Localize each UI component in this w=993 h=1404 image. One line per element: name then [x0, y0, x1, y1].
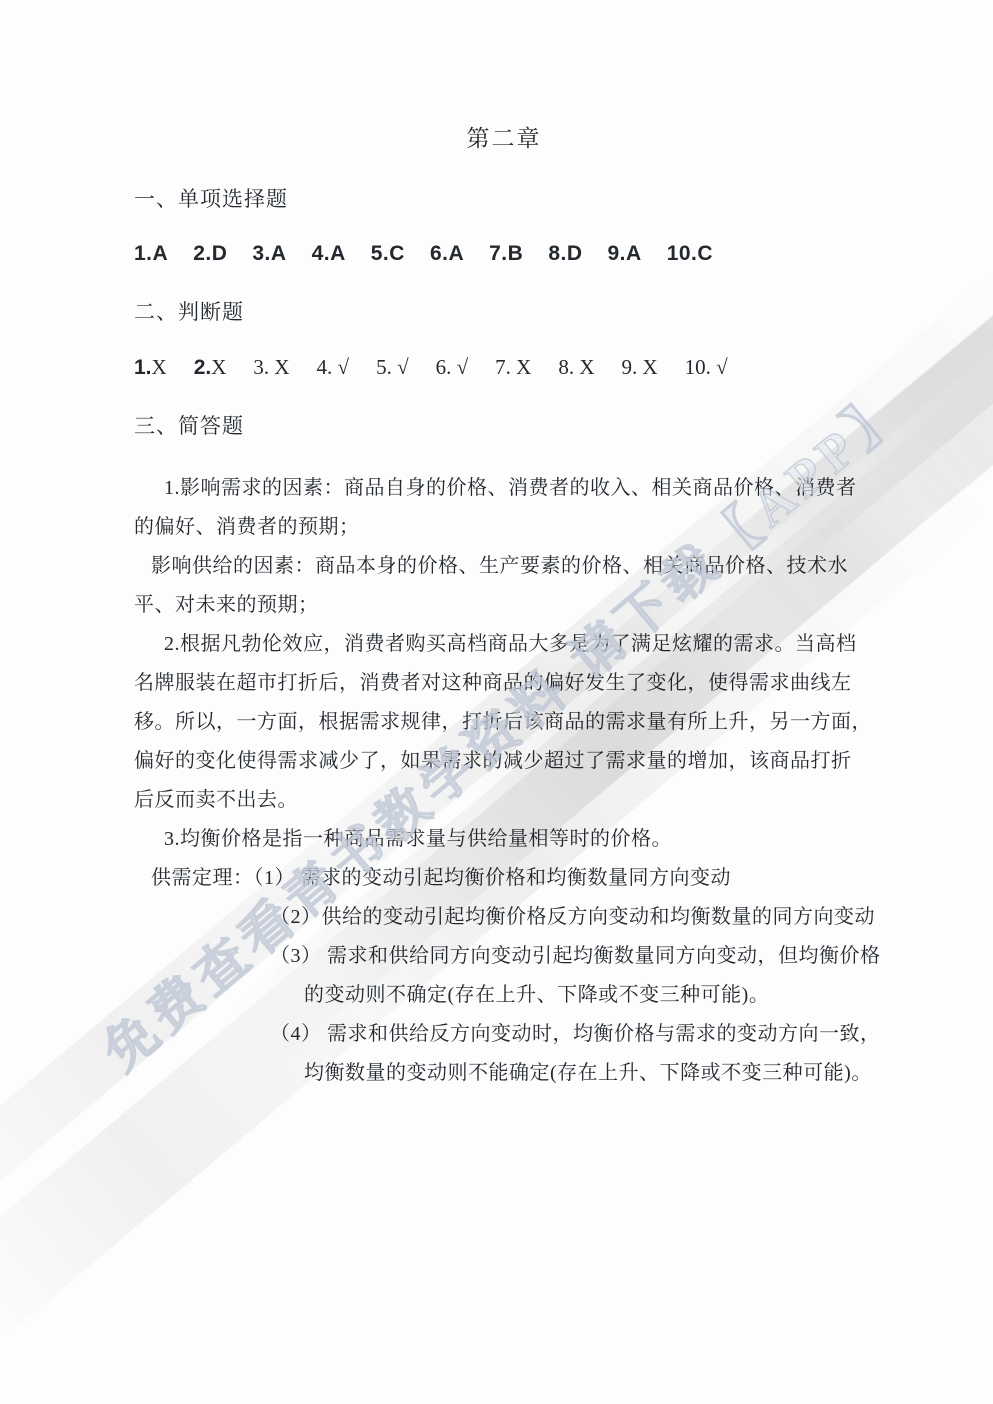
- text-line: 1.影响需求的因素：商品自身的价格、消费者的收入、相关商品价格、消费者: [134, 469, 874, 508]
- mc-answer-token: 3.A: [252, 242, 286, 266]
- tf-answer-token: 1.X: [134, 355, 167, 380]
- section-heading-short-answer: 三、简答题: [134, 410, 874, 440]
- mc-answer-token: 6.A: [430, 242, 464, 266]
- tf-answer-number: 4.: [317, 355, 333, 379]
- section-heading-multiple-choice: 一、单项选择题: [134, 183, 874, 213]
- text-line: 的偏好、消费者的预期；: [134, 508, 874, 547]
- tf-answers-row: 1.X2.X3. X4. √5. √6. √7. X8. X9. X10. √: [134, 355, 874, 380]
- tf-answer-token: 6. √: [436, 355, 469, 380]
- tf-answer-token: 10. √: [685, 355, 728, 380]
- mc-answer-token: 7.B: [489, 242, 523, 266]
- document-page: 第二章 一、单项选择题 1.A2.D3.A4.A5.C6.A7.B8.D9.A1…: [0, 0, 993, 1404]
- mc-answers-row: 1.A2.D3.A4.A5.C6.A7.B8.D9.A10.C: [134, 242, 874, 266]
- text-line: （3） 需求和供给同方向变动引起均衡数量同方向变动，但均衡价格: [134, 937, 874, 976]
- tf-answer-mark: √: [392, 355, 409, 379]
- tf-answer-mark: √: [711, 355, 728, 379]
- tf-answer-mark: √: [451, 355, 468, 379]
- text-line: （2）供给的变动引起均衡价格反方向变动和均衡数量的同方向变动: [134, 898, 874, 937]
- tf-answer-mark: X: [269, 355, 289, 379]
- tf-answer-number: 3.: [253, 355, 269, 379]
- tf-answer-mark: X: [211, 355, 226, 379]
- text-line: 影响供给的因素：商品本身的价格、生产要素的价格、相关商品价格、技术水: [134, 547, 874, 586]
- text-line: 后反而卖不出去。: [134, 781, 874, 820]
- tf-answer-number: 7.: [495, 355, 511, 379]
- text-line: （4） 需求和供给反方向变动时，均衡价格与需求的变动方向一致，: [134, 1015, 874, 1054]
- mc-answer-token: 8.D: [548, 242, 582, 266]
- section-heading-true-false: 二、判断题: [134, 296, 874, 326]
- tf-answer-number: 6.: [436, 355, 452, 379]
- tf-answer-number: 9.: [621, 355, 637, 379]
- text-line: 的变动则不确定(存在上升、下降或不变三种可能)。: [134, 976, 874, 1015]
- text-line: 偏好的变化使得需求减少了，如果需求的减少超过了需求量的增加，该商品打折: [134, 742, 874, 781]
- mc-answer-token: 9.A: [608, 242, 642, 266]
- tf-answer-number: 10.: [685, 355, 711, 379]
- tf-answer-mark: X: [637, 355, 657, 379]
- tf-answer-mark: √: [332, 355, 349, 379]
- tf-answer-number: 2.: [194, 356, 212, 379]
- tf-answer-token: 5. √: [376, 355, 409, 380]
- mc-answer-token: 10.C: [667, 242, 713, 266]
- tf-answer-number: 5.: [376, 355, 392, 379]
- text-line: 移。所以，一方面，根据需求规律，打折后该商品的需求量有所上升，另一方面，: [134, 703, 874, 742]
- page-content: 第二章 一、单项选择题 1.A2.D3.A4.A5.C6.A7.B8.D9.A1…: [0, 0, 874, 1093]
- tf-answer-mark: X: [152, 355, 167, 379]
- text-line: 供需定理：（1） 需求的变动引起均衡价格和均衡数量同方向变动: [134, 859, 874, 898]
- sa-lines: 1.影响需求的因素：商品自身的价格、消费者的收入、相关商品价格、消费者的偏好、消…: [134, 469, 874, 1093]
- tf-answer-token: 3. X: [253, 355, 289, 380]
- mc-answer-token: 2.D: [193, 242, 227, 266]
- text-line: 名牌服装在超市打折后，消费者对这种商品的偏好发生了变化，使得需求曲线左: [134, 664, 874, 703]
- tf-answer-mark: X: [511, 355, 531, 379]
- mc-answer-token: 4.A: [312, 242, 346, 266]
- mc-answer-token: 5.C: [371, 242, 405, 266]
- tf-answer-token: 4. √: [317, 355, 350, 380]
- chapter-title: 第二章: [134, 120, 874, 153]
- tf-answer-token: 8. X: [558, 355, 594, 380]
- text-line: 2.根据凡勃伦效应，消费者购买高档商品大多是为了满足炫耀的需求。当高档: [134, 625, 874, 664]
- text-line: 3.均衡价格是指一种商品需求量与供给量相等时的价格。: [134, 820, 874, 859]
- text-line: 均衡数量的变动则不能确定(存在上升、下降或不变三种可能)。: [134, 1054, 874, 1093]
- mc-answer-token: 1.A: [134, 242, 168, 266]
- tf-answer-number: 8.: [558, 355, 574, 379]
- tf-answer-token: 9. X: [621, 355, 657, 380]
- tf-answer-token: 2.X: [194, 355, 227, 380]
- tf-answer-token: 7. X: [495, 355, 531, 380]
- tf-answer-mark: X: [574, 355, 594, 379]
- tf-answer-number: 1.: [134, 356, 152, 379]
- text-line: 平、对未来的预期；: [134, 586, 874, 625]
